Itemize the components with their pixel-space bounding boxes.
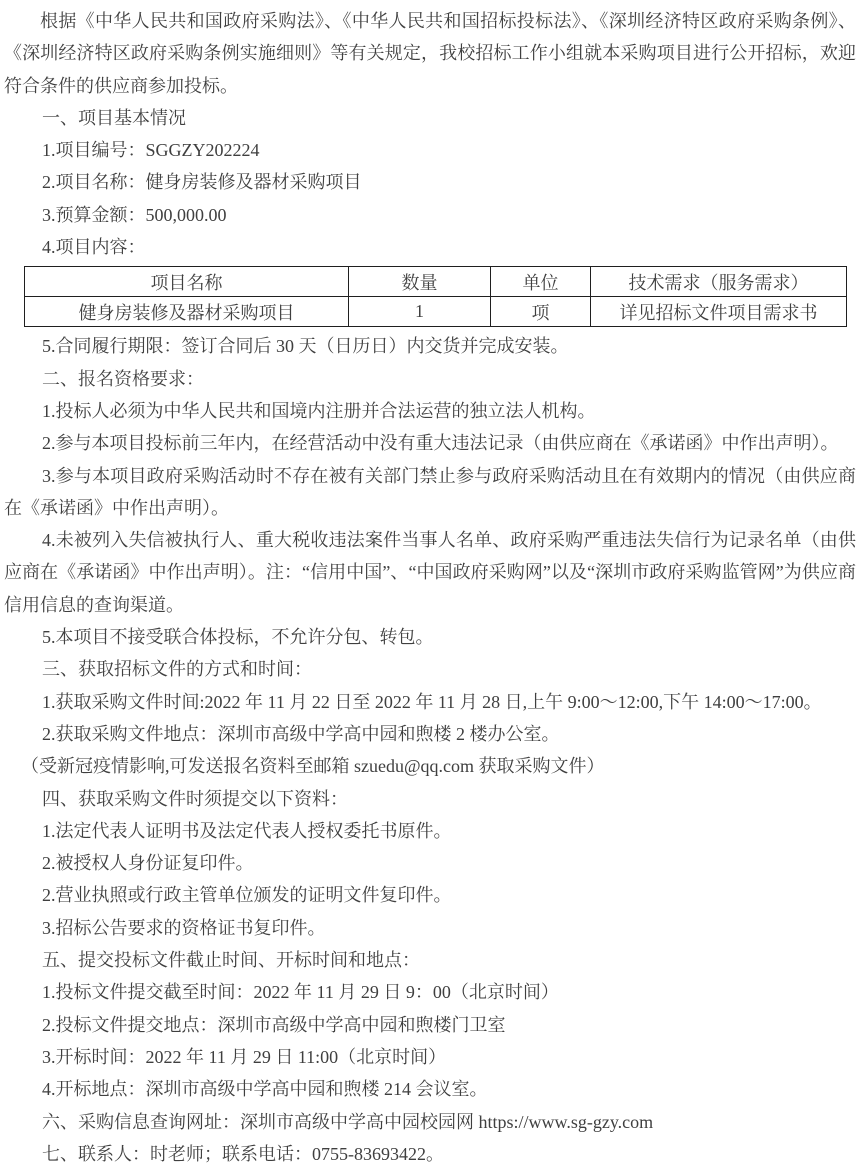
table-row: 健身房装修及器材采购项目 1 项 详见招标文件项目需求书 xyxy=(25,297,847,327)
tender-announcement-document: 根据《中华人民共和国政府采购法》、《中华人民共和国招标投标法》、《深圳经济特区政… xyxy=(0,0,862,1170)
section-3-heading: 三、获取招标文件的方式和时间： xyxy=(4,653,856,685)
project-content-line: 4.项目内容： xyxy=(4,231,856,263)
covid-note-line: （受新冠疫情影响,可发送报名资料至邮箱 szuedu@qq.com 获取采购文件… xyxy=(4,750,856,782)
section-7-heading-contact-line: 七、联系人：时老师；联系电话：0755-83693422。 xyxy=(4,1138,856,1170)
qualification-item-2: 2.参与本项目投标前三年内，在经营活动中没有重大违法记录（由供应商在《承诺函》中… xyxy=(4,427,856,459)
section-6-heading-website-line: 六、采购信息查询网址：深圳市高级中学高中园校园网 https://www.sg-… xyxy=(4,1106,856,1138)
table-header-quantity: 数量 xyxy=(349,267,491,297)
project-number-line: 1.项目编号：SGGZY202224 xyxy=(4,134,856,166)
bid-opening-location-line: 4.开标地点：深圳市高级中学高中园和煦楼 214 会议室。 xyxy=(4,1073,856,1105)
submission-location-line: 2.投标文件提交地点：深圳市高级中学高中园和煦楼门卫室 xyxy=(4,1009,856,1041)
submission-deadline-line: 1.投标文件提交截至时间：2022 年 11 月 29 日 9：00（北京时间） xyxy=(4,976,856,1008)
table-header-row: 项目名称 数量 单位 技术需求（服务需求） xyxy=(25,267,847,297)
section-1-heading: 一、项目基本情况 xyxy=(4,102,856,134)
qualification-item-5: 5.本项目不接受联合体投标，不允许分包、转包。 xyxy=(4,621,856,653)
document-time-line: 1.获取采购文件时间:2022 年 11 月 22 日至 2022 年 11 月… xyxy=(4,686,856,718)
table-header-requirements: 技术需求（服务需求） xyxy=(591,267,847,297)
section-2-heading: 二、报名资格要求： xyxy=(4,363,856,395)
section-5-heading: 五、提交投标文件截止时间、开标时间和地点： xyxy=(4,944,856,976)
table-cell-unit: 项 xyxy=(491,297,591,327)
budget-line: 3.预算金额：500,000.00 xyxy=(4,199,856,231)
section-4-heading: 四、获取采购文件时须提交以下资料： xyxy=(4,783,856,815)
table-cell-quantity: 1 xyxy=(349,297,491,327)
table-header-project-name: 项目名称 xyxy=(25,267,349,297)
materials-item-3: 2.营业执照或行政主管单位颁发的证明文件复印件。 xyxy=(4,879,856,911)
table-header-unit: 单位 xyxy=(491,267,591,297)
table-cell-project-name: 健身房装修及器材采购项目 xyxy=(25,297,349,327)
document-location-line: 2.获取采购文件地点：深圳市高级中学高中园和煦楼 2 楼办公室。 xyxy=(4,718,856,750)
qualification-item-4: 4.未被列入失信被执行人、重大税收违法案件当事人名单、政府采购严重违法失信行为记… xyxy=(4,524,856,621)
table-cell-requirements: 详见招标文件项目需求书 xyxy=(591,297,847,327)
contract-period-line: 5.合同履行期限：签订合同后 30 天（日历日）内交货并完成安装。 xyxy=(4,330,856,362)
materials-item-1: 1.法定代表人证明书及法定代表人授权委托书原件。 xyxy=(4,815,856,847)
project-name-line: 2.项目名称：健身房装修及器材采购项目 xyxy=(4,166,856,198)
qualification-item-1: 1.投标人必须为中华人民共和国境内注册并合法运营的独立法人机构。 xyxy=(4,395,856,427)
qualification-item-3: 3.参与本项目政府采购活动时不存在被有关部门禁止参与政府采购活动且在有效期内的情… xyxy=(4,460,856,525)
materials-item-4: 3.招标公告要求的资格证书复印件。 xyxy=(4,912,856,944)
project-content-table: 项目名称 数量 单位 技术需求（服务需求） 健身房装修及器材采购项目 1 项 详… xyxy=(24,266,847,327)
intro-paragraph: 根据《中华人民共和国政府采购法》、《中华人民共和国招标投标法》、《深圳经济特区政… xyxy=(4,5,856,102)
bid-opening-time-line: 3.开标时间：2022 年 11 月 29 日 11:00（北京时间） xyxy=(4,1041,856,1073)
materials-item-2: 2.被授权人身份证复印件。 xyxy=(4,847,856,879)
